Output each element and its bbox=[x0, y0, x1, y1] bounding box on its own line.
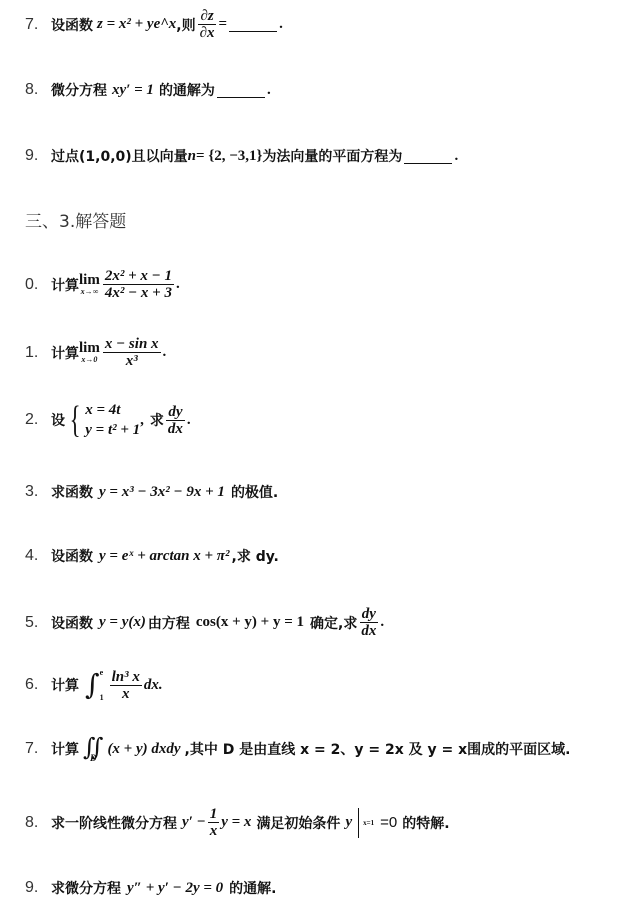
question-text: 求 bbox=[150, 410, 164, 430]
math-expression: y = x³ − 3x² − 9x + 1 bbox=[99, 484, 225, 501]
question-number: 1. bbox=[25, 344, 51, 362]
lower-limit: 1 bbox=[100, 693, 104, 702]
derivative-fraction: dy dx bbox=[359, 606, 378, 639]
question-text: 求函数 bbox=[51, 482, 93, 502]
question-text: 计算 bbox=[51, 275, 79, 295]
section-heading: 三、3.解答题 bbox=[25, 207, 126, 232]
question-fill-7: 7. 设函数 z = x² + ye^x ,则 ∂z ∂x = . bbox=[25, 8, 283, 41]
period: . bbox=[176, 276, 180, 293]
question-text: 计算 bbox=[51, 675, 79, 695]
math-expression: y′ − bbox=[182, 814, 206, 831]
question-text: 由方程 bbox=[148, 613, 190, 633]
integrand-fraction: ln³ x x bbox=[110, 669, 142, 702]
limit-operator: lim x→∞ bbox=[79, 273, 100, 297]
question-text: 满足初始条件 bbox=[256, 813, 340, 833]
vector-symbol: n bbox=[188, 148, 196, 165]
question-text: 计算 bbox=[51, 739, 79, 759]
limit-fraction: 2x² + x − 1 4x² − x + 3 bbox=[103, 268, 174, 301]
question-text: 设函数 bbox=[51, 546, 93, 566]
question-number: 9. bbox=[25, 147, 51, 165]
question-number: 3. bbox=[25, 483, 51, 501]
integral-region: D bbox=[90, 753, 97, 763]
question-text: ,求 dy. bbox=[232, 546, 279, 566]
numerator: dy bbox=[360, 606, 378, 623]
question-text: 的通解. bbox=[229, 878, 276, 898]
denominator: x³ bbox=[124, 353, 140, 369]
differential: dx. bbox=[144, 677, 163, 694]
partial-derivative-fraction: ∂z ∂x bbox=[198, 8, 217, 41]
condition-value: =0 bbox=[380, 814, 397, 831]
question-number: 2. bbox=[25, 411, 51, 429]
question-text: 微分方程 bbox=[51, 80, 107, 100]
question-text: 求微分方程 bbox=[51, 878, 121, 898]
math-expression: cos(x + y) + y = 1 bbox=[196, 614, 304, 631]
question-number: 6. bbox=[25, 676, 51, 694]
numerator: ln³ x bbox=[110, 669, 142, 686]
question-text: 的通解为 bbox=[159, 80, 215, 100]
math-expression: = {2, −3,1} bbox=[196, 148, 262, 165]
period: . bbox=[163, 344, 167, 361]
question-number: 7. bbox=[25, 740, 51, 758]
question-answer-2: 2. 设 { x = 4t y = t² + 1 , 求 dy dx . bbox=[25, 400, 191, 440]
math-expression: y = x bbox=[221, 814, 251, 831]
lim-label: lim bbox=[79, 341, 100, 355]
question-number: 8. bbox=[25, 814, 51, 832]
math-expression: xy′ = 1 bbox=[112, 82, 154, 99]
question-answer-6: 6. 计算 ∫ e 1 ln³ x x dx. bbox=[25, 668, 163, 702]
limit-fraction: x − sin x x³ bbox=[103, 336, 161, 369]
math-expression: z = x² + ye^x bbox=[97, 16, 176, 33]
math-expression: y″ + y′ − 2y = 0 bbox=[127, 880, 223, 897]
equation-y: y = t² + 1 bbox=[85, 420, 140, 440]
question-fill-9: 9. 过点(1,0,0)且以向量 n = {2, −3,1} 为法向量的平面方程… bbox=[25, 146, 458, 166]
question-text: 过点(1,0,0)且以向量 bbox=[51, 146, 188, 166]
question-answer-5: 5. 设函数 y = y(x) 由方程 cos(x + y) + y = 1 确… bbox=[25, 606, 384, 639]
question-text: 确定,求 bbox=[310, 613, 357, 633]
integrand: (x + y) dxdy bbox=[107, 741, 180, 758]
question-number: 4. bbox=[25, 547, 51, 565]
question-text: 设函数 bbox=[51, 15, 93, 35]
denominator: x bbox=[120, 686, 132, 702]
comma: , bbox=[140, 412, 144, 429]
upper-limit: e bbox=[100, 668, 104, 677]
question-number: 7. bbox=[25, 16, 51, 34]
denominator: dx bbox=[359, 623, 378, 639]
question-number: 8. bbox=[25, 81, 51, 99]
integral-sign: ∫ bbox=[85, 671, 100, 699]
period: . bbox=[279, 16, 283, 33]
question-text: 的特解. bbox=[402, 813, 449, 833]
period: . bbox=[267, 82, 271, 99]
question-text: 计算 bbox=[51, 343, 79, 363]
coefficient-fraction: 1 x bbox=[208, 806, 220, 839]
lim-subscript: x→∞ bbox=[81, 287, 99, 297]
question-answer-3: 3. 求函数 y = x³ − 3x² − 9x + 1 的极值. bbox=[25, 482, 278, 502]
denominator: 4x² − x + 3 bbox=[103, 285, 174, 301]
question-answer-0: 0. 计算 lim x→∞ 2x² + x − 1 4x² − x + 3 . bbox=[25, 268, 180, 301]
math-expression: y = eˣ + arctan x + π² bbox=[99, 548, 230, 565]
lim-subscript: x→0 bbox=[81, 355, 97, 365]
double-integral-sign: ∬ D bbox=[83, 735, 103, 763]
question-answer-1: 1. 计算 lim x→0 x − sin x x³ . bbox=[25, 336, 166, 369]
numerator: x − sin x bbox=[103, 336, 161, 353]
evaluation-bar bbox=[358, 808, 359, 838]
question-text: 求一阶线性微分方程 bbox=[51, 813, 177, 833]
question-text: 设 bbox=[51, 410, 65, 430]
question-text: ,则 bbox=[176, 15, 195, 35]
math-expression: y = y(x) bbox=[99, 614, 146, 631]
denominator: dx bbox=[166, 421, 185, 437]
parametric-system: x = 4t y = t² + 1 bbox=[85, 400, 140, 440]
limit-operator: lim x→0 bbox=[79, 341, 100, 365]
left-brace: { bbox=[70, 401, 81, 439]
integral-limits: e 1 bbox=[100, 668, 104, 702]
question-number: 9. bbox=[25, 879, 51, 897]
condition-subscript: x=1 bbox=[363, 819, 374, 827]
question-text: ,其中 D 是由直线 x = 2、y = 2x 及 y = x围成的平面区域. bbox=[185, 739, 571, 759]
numerator: 1 bbox=[208, 806, 220, 823]
numerator: 2x² + x − 1 bbox=[103, 268, 174, 285]
answer-blank bbox=[229, 17, 277, 32]
question-text: 的极值. bbox=[231, 482, 278, 502]
lim-label: lim bbox=[79, 273, 100, 287]
equals-sign: = bbox=[219, 16, 228, 33]
derivative-fraction: dy dx bbox=[166, 404, 185, 437]
answer-blank bbox=[404, 149, 452, 164]
question-answer-7: 7. 计算 ∬ D (x + y) dxdy ,其中 D 是由直线 x = 2、… bbox=[25, 735, 570, 763]
denominator: x bbox=[208, 823, 220, 839]
question-fill-8: 8. 微分方程 xy′ = 1 的通解为 . bbox=[25, 80, 271, 100]
period: . bbox=[454, 148, 458, 165]
question-answer-4: 4. 设函数 y = eˣ + arctan x + π² ,求 dy. bbox=[25, 546, 279, 566]
question-text: 为法向量的平面方程为 bbox=[262, 146, 402, 166]
question-answer-8: 8. 求一阶线性微分方程 y′ − 1 x y = x 满足初始条件 y x=1… bbox=[25, 806, 450, 839]
denominator: ∂x bbox=[198, 25, 217, 41]
condition-variable: y bbox=[345, 814, 352, 831]
numerator: dy bbox=[166, 404, 184, 421]
period: . bbox=[380, 614, 384, 631]
question-text: 设函数 bbox=[51, 613, 93, 633]
question-answer-9: 9. 求微分方程 y″ + y′ − 2y = 0 的通解. bbox=[25, 878, 277, 898]
numerator: ∂z bbox=[198, 8, 215, 25]
equation-x: x = 4t bbox=[85, 400, 140, 420]
question-number: 0. bbox=[25, 276, 51, 294]
question-number: 5. bbox=[25, 614, 51, 632]
answer-blank bbox=[217, 83, 265, 98]
period: . bbox=[187, 412, 191, 429]
